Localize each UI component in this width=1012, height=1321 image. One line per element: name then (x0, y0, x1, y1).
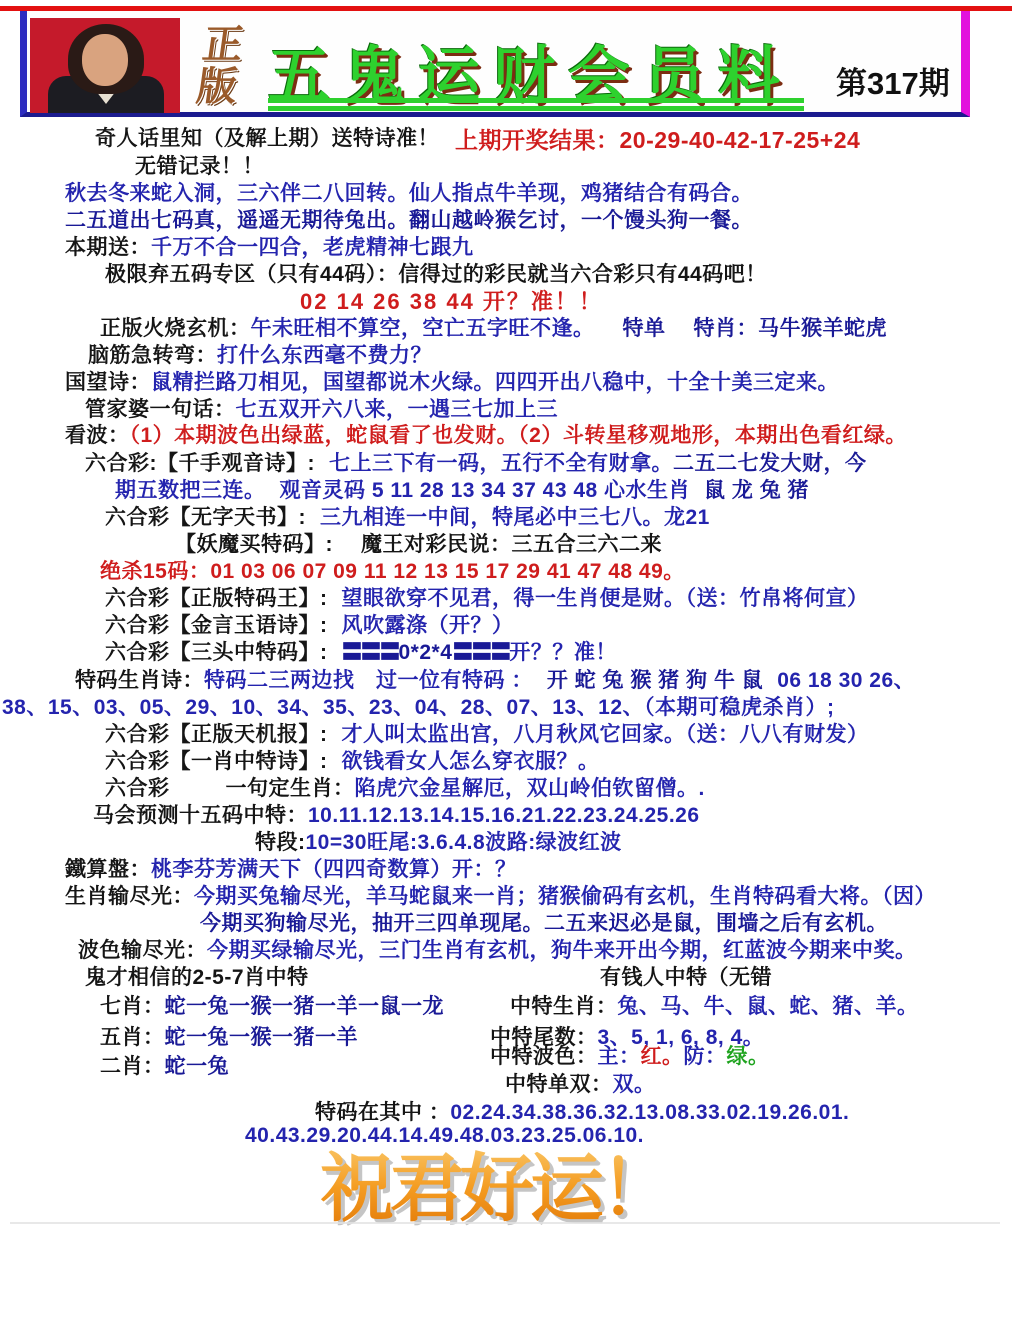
line-poem-1: 秋去冬来蛇入洞，三六伴二八回转。仙人指点牛羊现，鸡猪结合有码合。 (65, 177, 753, 207)
issue-number: 第317期 (836, 58, 950, 103)
bottom-faint-rule (10, 1222, 1000, 1224)
line-jinyan: 六合彩【金言玉语诗】:风吹露涤（开？） (105, 609, 514, 639)
title-underline-1 (268, 98, 804, 103)
line-zhongte-danshuang: 中特单双：双。 (505, 1068, 656, 1098)
line-erxiao: 二肖：蛇一兔 (100, 1050, 229, 1080)
line-qixiao: 七肖：蛇一兔一猴一猪一羊一鼠一龙 (100, 990, 444, 1020)
last-result-label: 上期开奖结果： (455, 127, 620, 153)
logo-mark-text: Mark (66, 110, 106, 113)
line-kanbo: 看波：（1）本期波色出绿蓝，蛇鼠看了也发财。（2）斗转星移观地形，本期出色看红绿… (65, 419, 907, 449)
line-wuxiao: 五肖：蛇一兔一猴一猪一羊 (100, 1021, 358, 1051)
line-shengxiao-shujinguang-2: 今期买狗输尽光，抽开三四单现尾。二五来迟必是鼠，围墙之后有玄机。 (200, 907, 888, 937)
line-last-result: 上期开奖结果：20-29-40-42-17-25+24 (455, 122, 860, 155)
line-wuzitianshu: 六合彩【无字天书】:三九相连一中间，特尾必中三七八。龙21 (105, 501, 710, 531)
line-qianshou-2: 期五数把三连。观音灵码 5 11 28 13 34 37 43 48 心水生肖鼠… (115, 474, 809, 504)
line-yixiao: 六合彩【一肖中特诗】:欲钱看女人怎么穿衣服？。 (105, 745, 600, 775)
marksix-logo: MarkSixx (66, 110, 141, 113)
line-yaomo: 【妖魔买特码】:魔王对彩民说：三五合三六二来 (175, 528, 662, 558)
masthead-photo: MarkSixx (30, 18, 180, 113)
line-temawang: 六合彩【正版特码王】:望眼欲穿不见君，得一生肖便是财。（送：竹帛将何宣） (105, 582, 869, 612)
last-result-numbers: 20-29-40-42-17-25+24 (620, 127, 861, 153)
blue-blocks-right: 〓〓〓 (452, 641, 509, 664)
line-guowang: 国望诗：鼠精拦路刀相见，国望都说木火绿。四四开出八稳中，十全十美三定来。 (65, 366, 839, 396)
line-44ma: 极限弃五码专区（只有44码）：信得过的彩民就当六合彩只有44码吧！ (105, 258, 767, 288)
line-naojin: 脑筋急转弯：打什么东西毫不费力？ (88, 339, 432, 369)
line-zhongte-shengxiao: 中特生肖：兔、马、牛、鼠、蛇、猪、羊。 (510, 990, 919, 1020)
line-tianjibao: 六合彩【正版天机报】:才人叫太监出宫，八月秋风它回家。（送：八八有财发） (105, 718, 869, 748)
line-bose-shujinguang: 波色输尽光：今期买绿输尽光，三门生肖有玄机，狗牛来开出今期，红蓝波今期来中奖。 (78, 934, 917, 964)
line-jueshа15: 绝杀15码：01 03 06 07 09 11 12 13 15 17 29 4… (100, 555, 685, 585)
title-underline-2 (268, 106, 804, 111)
line-teduan: 特段:10=30旺尾:3.6.4.8波路:绿波红波 (255, 826, 622, 856)
line-shengxiaoshi-1: 特码生肖诗：特码二三两边找 过一位有特码 ：开 蛇 兔 猴 猪 狗 牛 鼠06 … (75, 664, 915, 694)
line-shengxiao-shujinguang-1: 生肖输尽光：今期买兔输尽光，羊马蛇鼠来一肖；猪猴偷码有玄机，生肖特码看大将。（因… (65, 880, 936, 910)
line-intro: 奇人话里知（及解上期）送特诗准！ (95, 122, 439, 152)
line-shengxiaoshi-2: 38、15、03、05、29、10、34、35、23、04、28、07、13、1… (2, 691, 835, 721)
logo-six-text: Sixx (106, 110, 141, 113)
right-column-heading: 有钱人中特（无错 (600, 961, 772, 991)
line-yijuding: 六合彩一句定生肖：陷虎穴金星解厄，双山岭伯钦留僧。. (105, 772, 705, 802)
line-huoshao: 正版火烧玄机：午未旺相不算空，空亡五字旺不逢。特单特肖：马牛猴羊蛇虎 (100, 312, 887, 342)
lottery-flyer-page: MarkSixx 正版 五鬼运财会员料 第317期 奇人话里知（及解上期）送特诗… (0, 0, 1012, 1321)
line-santou: 六合彩【三头中特码】:〓〓〓0*2*4〓〓〓开？？准！ (105, 636, 617, 666)
zhengban-watermark: 正版 (194, 24, 266, 108)
photo-face (82, 34, 128, 86)
blue-blocks-left: 〓〓〓 (342, 641, 399, 664)
good-luck-wish: 祝君好运！ (320, 1130, 670, 1236)
line-no-error: 无错记录！！ (135, 150, 264, 180)
line-mahui15: 马会预测十五码中特：10.11.12.13.14.15.16.21.22.23.… (93, 799, 700, 829)
line-tiesuanpan: 鐵算盤：桃李芬芳满天下（四四奇数算）开：？ (65, 853, 517, 883)
line-zhongte-bose: 中特波色：主：红。防：绿。 (490, 1040, 770, 1070)
line-qianshou-1: 六合彩:【千手观音诗】:七上三下有一码，五行不全有财拿。二五二七发大财，今 (85, 447, 867, 477)
left-column-heading: 鬼才相信的2-5-7肖中特 (85, 961, 309, 991)
line-benqisong: 本期送：千万不合一四合，老虎精神七跟九 (65, 231, 474, 261)
line-tema-zaiqizhong-1: 特码在其中 ：02.24.34.38.36.32.13.08.33.02.19.… (315, 1096, 849, 1126)
line-poem-2: 二五道出七码真，遥遥无期待兔出。翻山越岭猴乞讨，一个馒头狗一餐。 (65, 204, 753, 234)
